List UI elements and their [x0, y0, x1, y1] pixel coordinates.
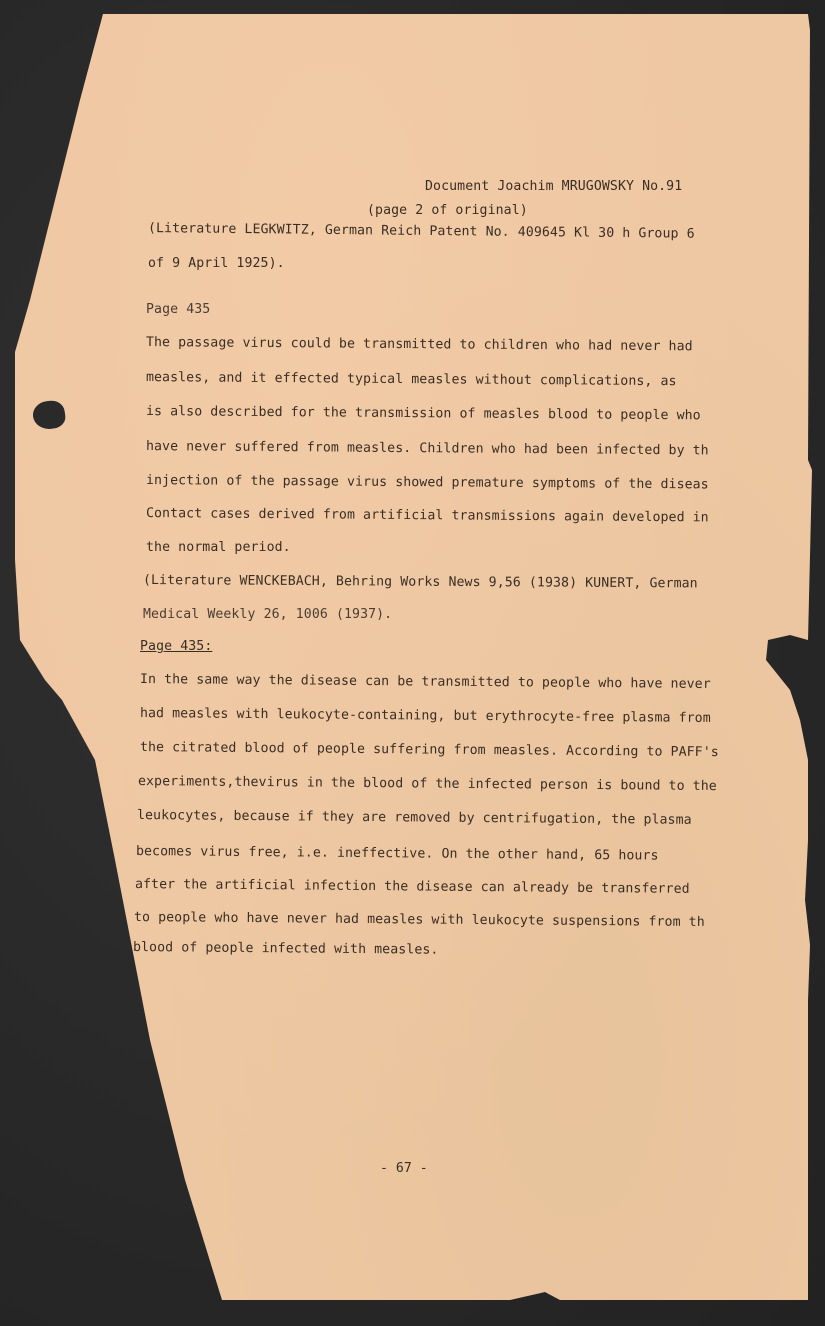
- body-line: The passage virus could be transmitted t…: [146, 336, 693, 353]
- body-line: Contact cases derived from artificial tr…: [146, 507, 709, 525]
- body-line: to people who have never had measles wit…: [134, 911, 705, 929]
- page-number: - 67 -: [380, 1161, 428, 1176]
- body-line: had measles with leukocyte-containing, b…: [140, 707, 711, 725]
- body-line: injection of the passage virus showed pr…: [146, 474, 709, 492]
- document-subtitle: (page 2 of original): [367, 204, 528, 217]
- body-line: becomes virus free, i.e. ineffective. On…: [136, 845, 659, 863]
- citation-line: Medical Weekly 26, 1006 (1937).: [143, 608, 392, 621]
- body-line: the citrated blood of people suffering f…: [140, 741, 719, 759]
- body-line: blood of people infected with measles.: [133, 941, 439, 957]
- body-line: is also described for the transmission o…: [146, 405, 701, 423]
- body-line: the normal period.: [146, 541, 291, 554]
- document-title: Document Joachim MRUGOWSKY No.91: [425, 180, 682, 193]
- body-line: have never suffered from measles. Childr…: [146, 440, 709, 458]
- body-line: experiments,thevirus in the blood of the…: [138, 775, 717, 793]
- body-line: In the same way the disease can be trans…: [140, 673, 711, 691]
- intro-citation-line: (Literature LEGKWITZ, German Reich Paten…: [148, 222, 695, 241]
- section-heading: Page 435:: [140, 640, 212, 653]
- section-heading: Page 435: [146, 303, 210, 316]
- intro-citation-line: of 9 April 1925).: [148, 257, 285, 270]
- citation-line: (Literature WENCKEBACH, Behring Works Ne…: [143, 574, 698, 591]
- body-line: leukocytes, because if they are removed …: [137, 809, 692, 827]
- body-line: measles, and it effected typical measles…: [146, 371, 677, 388]
- body-line: after the artificial infection the disea…: [135, 878, 690, 896]
